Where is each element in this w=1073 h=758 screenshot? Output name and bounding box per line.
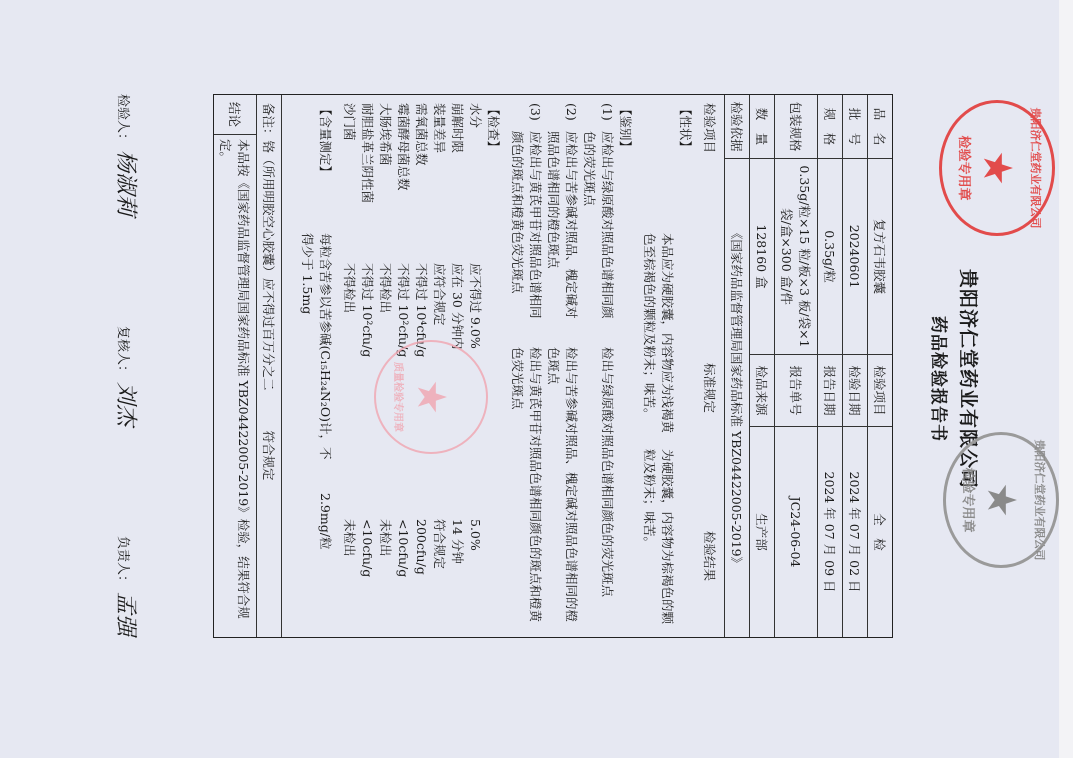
inspection-basis: 《国家药品监督管理局国家药品标准 YBZ04422005-2019》 (725, 159, 749, 637)
assay-section: 【含量测定】 每粒含苦参以苦参碱(C₁₅H₂₄N₂O)计，不得少于 1.5mg … (298, 103, 334, 629)
inspection-date: 2024 年 07 月 02 日 (843, 427, 867, 637)
product-name: 复方石韦胶囊 (868, 159, 892, 355)
report-number: JC24-06-04 (775, 427, 817, 637)
conclusion-text: 本品按《国家药品监督管理局国家药品标准 YBZ04422005-2019》检验，… (214, 135, 256, 637)
report-date: 2024 年 07 月 09 日 (818, 427, 842, 637)
remark-result: 符合规定 (260, 431, 278, 481)
check-row: 沙门菌不得检出未检出 (340, 103, 358, 629)
row-conclusion: 结论 本品按《国家药品监督管理局国家药品标准 YBZ04422005-2019》… (214, 95, 256, 637)
results-header: 检验项目 标准规定 检验结果 (700, 103, 718, 629)
batch-number: 20240601 (843, 159, 867, 355)
report-table: 品 名 复方石韦胶囊 检验项目 全 检 批 号 20240601 检验日期 20… (213, 94, 893, 638)
appearance-result: 为硬胶囊，内容物为棕褐色的颗粒及粉末；味苦。 (640, 433, 676, 629)
assay-result: 2.9mg/粒 (298, 463, 334, 629)
check-row: 耐胆盐革兰阴性菌不得过 10²cfu/g<10cfu/g (358, 103, 376, 629)
remark-text: 铬（所用明胶空心胶囊）应不得过百万分之二 (260, 141, 278, 391)
row-quantity: 数 量 128160 盒 检品来源 生产部 (749, 95, 774, 637)
manager-signature: 负责人：孟强 (112, 536, 143, 636)
company-seal-red: ★ 贵阳济仁堂药业有限公司 检验专用章 (939, 100, 1055, 236)
inspector-signature: 检验人：杨淑莉 (112, 94, 143, 216)
reviewer-signature: 复核人：刘杰 (112, 326, 143, 426)
results-body: 检验项目 标准规定 检验结果 【性状】 本品应为硬胶囊，内容物应为浅褐黄色至棕褐… (281, 95, 724, 637)
assay-standard: 每粒含苦参以苦参碱(C₁₅H₂₄N₂O)计，不得少于 1.5mg (298, 233, 334, 463)
identification-item: (1) 应检出与绿原酸对照品色谱相同颜色的荧光斑点 检出与绿原酸对照品色谱相同颜… (580, 103, 616, 629)
identification-section: 【鉴别】 (1) 应检出与绿原酸对照品色谱相同颜色的荧光斑点 检出与绿原酸对照品… (508, 103, 634, 629)
row-product: 品 名 复方石韦胶囊 检验项目 全 检 (867, 95, 892, 637)
row-batch: 批 号 20240601 检验日期 2024 年 07 月 02 日 (842, 95, 867, 637)
appearance-standard: 本品应为硬胶囊，内容物应为浅褐黄色至棕褐色的颗粒及粉末；味苦。 (640, 233, 676, 433)
package-spec: 0.35g/粒×15 粒/板×3 板/袋×1 袋/盒×300 盒/件 (775, 159, 817, 355)
quantity: 128160 盒 (750, 159, 774, 355)
specification: 0.35g/粒 (818, 159, 842, 355)
star-icon: ★ (978, 482, 1024, 518)
appearance-section: 【性状】 本品应为硬胶囊，内容物应为浅褐黄色至棕褐色的颗粒及粉末；味苦。 为硬胶… (640, 103, 694, 629)
document-title: 药品检验报告书 (928, 0, 953, 758)
star-icon: ★ (408, 379, 454, 415)
row-basis: 检验依据 《国家药品监督管理局国家药品标准 YBZ04422005-2019》 (724, 95, 749, 637)
inspection-item: 全 检 (868, 427, 892, 637)
report-page: 贵阳济仁堂药业有限公司 药品检验报告书 ★ 贵阳济仁堂药业有限公司 检验专用章 … (0, 0, 1073, 758)
row-remark: 备注： 铬（所用明胶空心胶囊）应不得过百万分之二 符合规定 (256, 95, 281, 637)
quality-seal-pink: ★ 质量检验专用章 (374, 340, 488, 454)
star-icon: ★ (974, 150, 1020, 186)
identification-item: (2) 应检出与苦参碱对照品、槐定碱对照品色谱相同的橙色斑点 检出与苦参碱对照品… (544, 103, 580, 629)
company-seal-gray: ★ 贵阳济仁堂药业有限公司 检验专用章 (943, 432, 1059, 568)
signature-area: 检验人：杨淑莉 复核人：刘杰 负责人：孟强 (112, 94, 143, 636)
sample-source: 生产部 (750, 427, 774, 637)
identification-item: (3) 应检出与黄芪甲苷对照品色谱相同颜色的斑点和橙黄色荧光斑点 检出与黄芪甲苷… (508, 103, 544, 629)
row-package: 包装规格 0.35g/粒×15 粒/板×3 板/袋×1 袋/盒×300 盒/件 … (774, 95, 817, 637)
row-spec: 规 格 0.35g/粒 报告日期 2024 年 07 月 09 日 (817, 95, 842, 637)
